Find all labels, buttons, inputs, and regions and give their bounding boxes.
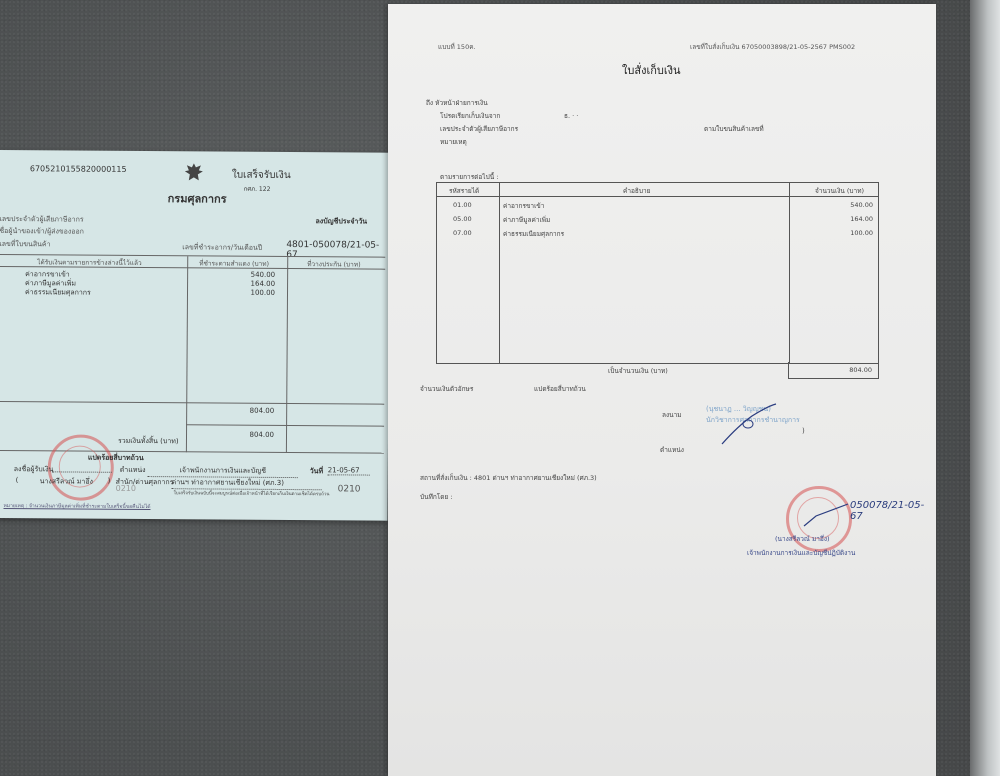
position-label: ตำแหน่ง [660,445,684,455]
remark-label: หมายเหตุ [440,137,467,147]
total-label: เป็นจำนวนเงิน (บาท) [608,366,668,376]
position-label: ตำแหน่ง [120,465,146,476]
receipt-form-code: กศภ. 122 [244,184,271,194]
row-amount: 540.00 [239,271,275,279]
per-items-label: ตามรายการต่อไปนี้ : [440,172,498,182]
total-label: รวมเงินทั้งสิ้น (บาท) [118,436,179,447]
department-name: กรมศุลกากร [168,189,227,207]
position-value: เจ้าพนักงานการเงินและบัญชี [148,465,298,478]
date-value: 21-05-67 [328,466,370,475]
importer-name-label: ชื่อผู้นำของเข้า/ผู้ส่งของออก [0,226,84,238]
daily-account-label: ลงบัญชีประจำวัน [315,216,367,227]
signature-line [52,463,112,472]
receipt-note: ใบเสร็จรับเงินฉบับนี้จะสมบูรณ์ต่อเมื่อเจ… [174,489,330,497]
row-amount: 164.00 [239,280,275,288]
handwritten-reference: 050078/21-05-67 [850,500,936,522]
receipt-number: 6705210155820000115 [30,164,127,174]
row-amount: 164.00 [837,215,873,223]
addressee: ถึง หัวหน้าฝ่ายการเงิน [426,98,488,108]
header-code: รหัสรายได้ [449,186,479,196]
collection-place: สถานที่สั่งเก็บเงิน : 4801 ด่านฯ ท่าอากา… [420,473,597,483]
office-code: 0210 [116,484,136,493]
reference-label: เลขที่ชำระอากร/วันเดือนปี [182,242,262,254]
footnote: หมายเหตุ : จำนวนเงินภาษีมูลค่าเพิ่มที่ชำ… [3,502,150,511]
header-description: คำอธิบาย [623,186,650,196]
receiver-label: ลงชื่อผู้รับเงิน [14,464,54,475]
taxpayer-id-label: เลขประจำตัวผู้เสียภาษีอากร [440,124,518,134]
desk-edge [970,0,1000,776]
amount-in-words: แปดร้อยสี่บาทถ้วน [88,453,144,464]
collection-order: แบบที่ 150ค. เลขที่ใบสั่งเก็บเงิน 670500… [388,4,936,776]
date-label: วันที่ [310,466,323,477]
row-code: 01.00 [453,201,472,209]
form-number: แบบที่ 150ค. [438,42,476,52]
taxpayer-id-label: เลขประจำตัวผู้เสียภาษีอากร [0,214,84,226]
document-title: ใบสั่งเก็บเงิน [622,61,681,79]
total-amount: 804.00 [238,431,274,439]
receipt-title: ใบเสร็จรับเงิน [232,168,291,183]
document-number: เลขที่ใบสั่งเก็บเงิน 67050003898/21-05-2… [690,42,855,52]
row-code: 07.00 [453,229,472,237]
garuda-emblem-icon [184,161,204,183]
recorded-by-label: บันทึกโดย : [420,492,453,502]
receiver-name: นางสรีลวณ์ มาอึ่ง [40,476,93,487]
office-value: ด่านฯ ท่าอากาศยานเชียงใหม่ (ศภ.3) [172,477,322,490]
signature-stroke-icon [802,500,852,530]
declaration-no-label: เลขที่ใบขนสินค้า [0,239,51,250]
signature-stroke-icon [718,402,778,446]
cashier-position: เจ้าพนักงานการเงินและบัญชีปฏิบัติงาน [747,548,855,558]
amount-in-words: แปดร้อยสี่บาทถ้วน [534,384,586,394]
row-amount: 100.00 [239,289,275,297]
sign-label: ลงนาม [662,410,682,420]
items-table: รหัสรายได้ คำอธิบาย จำนวนเงิน (บาท) 01.0… [436,182,879,364]
header-amount: จำนวนเงิน (บาท) [815,186,864,196]
row-code: 05.00 [453,215,472,223]
row-description: ค่าธรรมเนียมศุลกากร [503,229,564,239]
office-code-2: 0210 [338,484,361,494]
subtotal: 804.00 [238,407,274,415]
total-amount: 804.00 [834,366,872,374]
words-label: จำนวนเงินตัวอักษร [420,384,473,394]
table-row: ค่าธรรมเนียมศุลกากร [25,287,91,298]
collect-from-label: โปรดเรียกเก็บเงินจาก [440,111,500,121]
row-description: ค่าอากรขาเข้า [503,201,544,211]
row-amount: 540.00 [837,201,873,209]
row-description: ค่าภาษีมูลค่าเพิ่ม [503,215,550,225]
customs-receipt: 6705210155820000115 ใบเสร็จรับเงิน กศภ. … [0,150,390,521]
payer-name: ธ. · · [564,111,578,121]
receipt-table: ได้รับเงินตามรายการข้างล่างนี้ไว้แล้ว ที… [0,254,385,454]
invoice-label: ตามใบขนสินค้าเลขที่ [704,124,764,134]
row-amount: 100.00 [837,229,873,237]
cashier-name: (นางสรีลวณ์ มาอึ่ง) [775,534,830,544]
